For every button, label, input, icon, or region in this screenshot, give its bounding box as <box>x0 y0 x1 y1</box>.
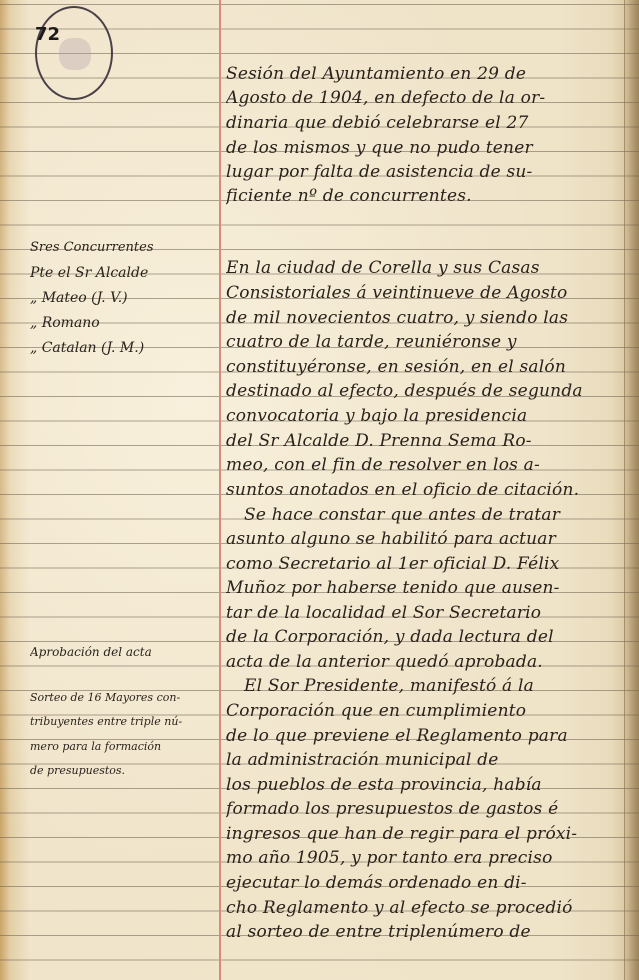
body-line: cuatro de la tarde, reuniéronse y <box>226 332 622 352</box>
body-line: meo, con el fin de resolver en los a- <box>226 455 622 475</box>
heading-line: Sesión del Ayuntamiento en 29 de <box>226 64 622 84</box>
body-line: asunto alguno se habilitó para actuar <box>226 529 622 549</box>
attendee-line: „ Catalan (J. M.) <box>30 340 215 356</box>
attendees-title: Sres Concurrentes <box>30 240 215 255</box>
body-line: Corporación que en cumplimiento <box>226 701 622 721</box>
heading-line: de los mismos y que no pudo tener <box>226 138 622 158</box>
heading-line: lugar por falta de asistencia de su- <box>226 162 622 182</box>
body-line: convocatoria y bajo la presidencia <box>226 406 622 426</box>
body-line: ejecutar lo demás ordenado en di- <box>226 873 622 893</box>
body-line: Consistoriales á veintinueve de Agosto <box>226 283 622 303</box>
body-line: al sorteo de entre triplenúmero de <box>226 922 622 942</box>
body-line: del Sr Alcalde D. Prenna Sema Ro- <box>226 431 622 451</box>
body-line: mo año 1905, y por tanto era preciso <box>226 848 622 868</box>
margin-note-lottery: tribuyentes entre triple nú- <box>30 715 215 728</box>
body-line: destinado al efecto, después de segunda <box>226 381 622 401</box>
margin-note-lottery: mero para la formación <box>30 740 215 753</box>
body-line: En la ciudad de Corella y sus Casas <box>226 258 622 278</box>
attendee-line: „ Romano <box>30 315 215 331</box>
body-line: los pueblos de esta provincia, había <box>226 775 622 795</box>
heading-line: dinaria que debió celebrarse el 27 <box>226 113 622 133</box>
margin-note-approval: Aprobación del acta <box>30 645 215 659</box>
margin-note-lottery: de presupuestos. <box>30 764 215 777</box>
body-line: formado los presupuestos de gastos é <box>226 799 622 819</box>
official-stamp <box>35 6 113 100</box>
body-line: constituyéronse, en sesión, en el salón <box>226 357 622 377</box>
body-line: de mil novecientos cuatro, y siendo las <box>226 308 622 328</box>
ledger-page: 72 Sesión del Ayuntamiento en 29 de Agos… <box>0 0 639 980</box>
body-line: la administración municipal de <box>226 750 622 770</box>
page-edge <box>624 0 639 980</box>
attendee-line: Pte el Sr Alcalde <box>30 265 215 281</box>
body-line: cho Reglamento y al efecto se procedió <box>226 898 622 918</box>
body-line: tar de la localidad el Sor Secretario <box>226 603 622 623</box>
attendee-line: „ Mateo (J. V.) <box>30 290 215 306</box>
body-line: de lo que previene el Reglamento para <box>226 726 622 746</box>
body-line: acta de la anterior quedó aprobada. <box>226 652 622 672</box>
body-line: suntos anotados en el oficio de citación… <box>226 480 622 500</box>
margin-note-lottery: Sorteo de 16 Mayores con- <box>30 691 215 704</box>
body-line: Muñoz por haberse tenido que ausen- <box>226 578 622 598</box>
body-line: El Sor Presidente, manifestó á la <box>226 676 622 696</box>
folio-number: 72 <box>35 24 60 45</box>
coat-of-arms-icon <box>59 38 91 70</box>
body-line: de la Corporación, y dada lectura del <box>226 627 622 647</box>
body-line: como Secretario al 1er oficial D. Félix <box>226 554 622 574</box>
heading-line: Agosto de 1904, en defecto de la or- <box>226 88 622 108</box>
red-margin-line <box>219 0 221 980</box>
body-line: ingresos que han de regir para el próxi- <box>226 824 622 844</box>
heading-line: ficiente nº de concurrentes. <box>226 186 622 206</box>
body-line: Se hace constar que antes de tratar <box>226 505 622 525</box>
